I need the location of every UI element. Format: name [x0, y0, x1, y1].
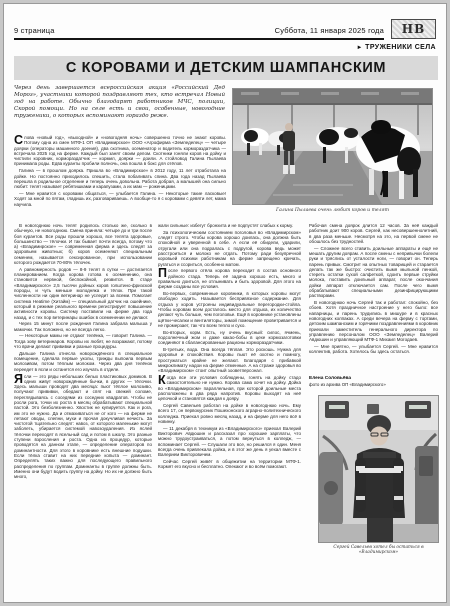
paragraph: Ясли — это ряды небольших белых пластико…	[14, 374, 152, 480]
paragraph: За психологическим состоянием поголовья …	[158, 230, 301, 267]
paragraph: Рабочая смена доярок длится 12 часов. За…	[309, 223, 438, 244]
paragraph: жали сильные: избегут бронхита и не подп…	[158, 223, 301, 228]
paragraph-text: осле первого отёла корова переходит в со…	[158, 268, 301, 289]
paragraph: Когда все эти условия соблюдены, гонять …	[158, 375, 301, 401]
issue-date: Суббота, 11 января 2025 года	[275, 26, 384, 35]
photo-credit: фото из архива ОП «Владимирского»	[309, 382, 438, 388]
paragraph-text: огда все эти условия соблюдены, гонять н…	[158, 375, 301, 401]
paragraph: В новогоднюю ночь Сергей так и работал: …	[309, 300, 438, 342]
paragraph: — 11 декабря в техникум из «Владимирског…	[158, 426, 301, 458]
text-column-3: Рабочая смена доярок длится 12 часов. За…	[309, 223, 438, 373]
paragraph: Дальше Галина отнесла новорождённого в с…	[14, 351, 152, 372]
paragraph: Слова «новый год», «выходной» и «новогод…	[14, 135, 226, 167]
main-photo-caption: Галина Пылаева очень любит коров и телят	[232, 208, 433, 213]
paragraph-text: сли — это ряды небольших белых пластиков…	[14, 374, 152, 480]
jacket-collar	[363, 452, 396, 458]
section-label-text: ТРУЖЕНИКИ СЕЛА	[365, 44, 436, 51]
text-column-1: В новогоднюю ночь телят родилось столько…	[14, 223, 152, 563]
paragraph: — Мне приятно, — улыбается Сергей. — Мне…	[309, 344, 438, 355]
paragraph: После первого отёла корова переходит в с…	[158, 268, 301, 289]
paragraph: — Некоторые мамы не отдают телёнка, — го…	[14, 333, 152, 349]
newspaper-page: { "header": { "page_number": "9 страница…	[0, 0, 450, 606]
newspaper-logo: НВ	[391, 19, 436, 39]
paragraph: В новогоднюю ночь телят родилось столько…	[14, 223, 152, 265]
milking-parlor-portrait-illustration	[319, 396, 439, 543]
paragraph: — Сложнее всего ставить доильные аппарат…	[309, 246, 438, 299]
page-number: 9 страница	[14, 26, 55, 35]
paragraph: Сергей Савельев работал на дойке в новог…	[158, 403, 301, 424]
section-label: ► ТРУЖЕНИКИ СЕЛА	[356, 44, 436, 51]
paragraph: Сейчас Сергей живёт в общежитии на терри…	[158, 459, 301, 470]
arrow-icon: ►	[356, 45, 362, 51]
barn-ceiling	[233, 89, 433, 103]
headline-band: С КОРОВАМИ И ДЕТСКИМ ШАМПАНСКИМ	[14, 56, 438, 80]
signature-block: Елена Соловьёва фото из архива ОП «Влади…	[309, 376, 438, 388]
header-rule	[14, 38, 384, 40]
paragraph: Галина — в прошлом доярка. Пришла во «Вл…	[14, 168, 226, 189]
dropcap-letter: Я	[14, 374, 24, 384]
paragraph: Во-вторых, корм. Есть, ну очень вкусный:…	[158, 330, 301, 346]
paragraph-text: лова «новый год», «выходной» и «новогодн…	[14, 135, 226, 166]
page-sheet: 9 страница Суббота, 11 января 2025 года …	[3, 3, 447, 603]
portrait-photo	[318, 395, 439, 543]
dropcap-letter: К	[158, 375, 167, 385]
trousers	[367, 518, 393, 543]
article-headline: С КОРОВАМИ И ДЕТСКИМ ШАМПАНСКИМ	[66, 60, 386, 76]
cow-barn-photo-illustration	[233, 89, 433, 205]
dropcap-letter: С	[14, 135, 24, 145]
article-lede: Через день завершается всероссийская акц…	[14, 85, 225, 133]
intro-block: Слова «новый год», «выходной» и «новогод…	[14, 135, 226, 220]
paragraph: В-третьих, вода. Она всегда тёплая. Это …	[158, 347, 301, 373]
dropcap-letter: П	[158, 268, 168, 278]
paragraph: — Мне нравится с коровами общаться, — ул…	[14, 191, 226, 207]
text-column-2: жали сильные: избегут бронхита и не подп…	[158, 223, 301, 553]
paragraph: Во-первых, современные коровники, в кото…	[158, 291, 301, 328]
paragraph: Через 15 минут после рождения Галина заб…	[14, 321, 152, 332]
portrait-photo-caption: Сергей Савельев хотел бы остаться в «Вла…	[318, 545, 439, 556]
main-photo	[232, 88, 433, 205]
paragraph: А равномерность родов — 8-9 телят в сутк…	[14, 267, 152, 320]
